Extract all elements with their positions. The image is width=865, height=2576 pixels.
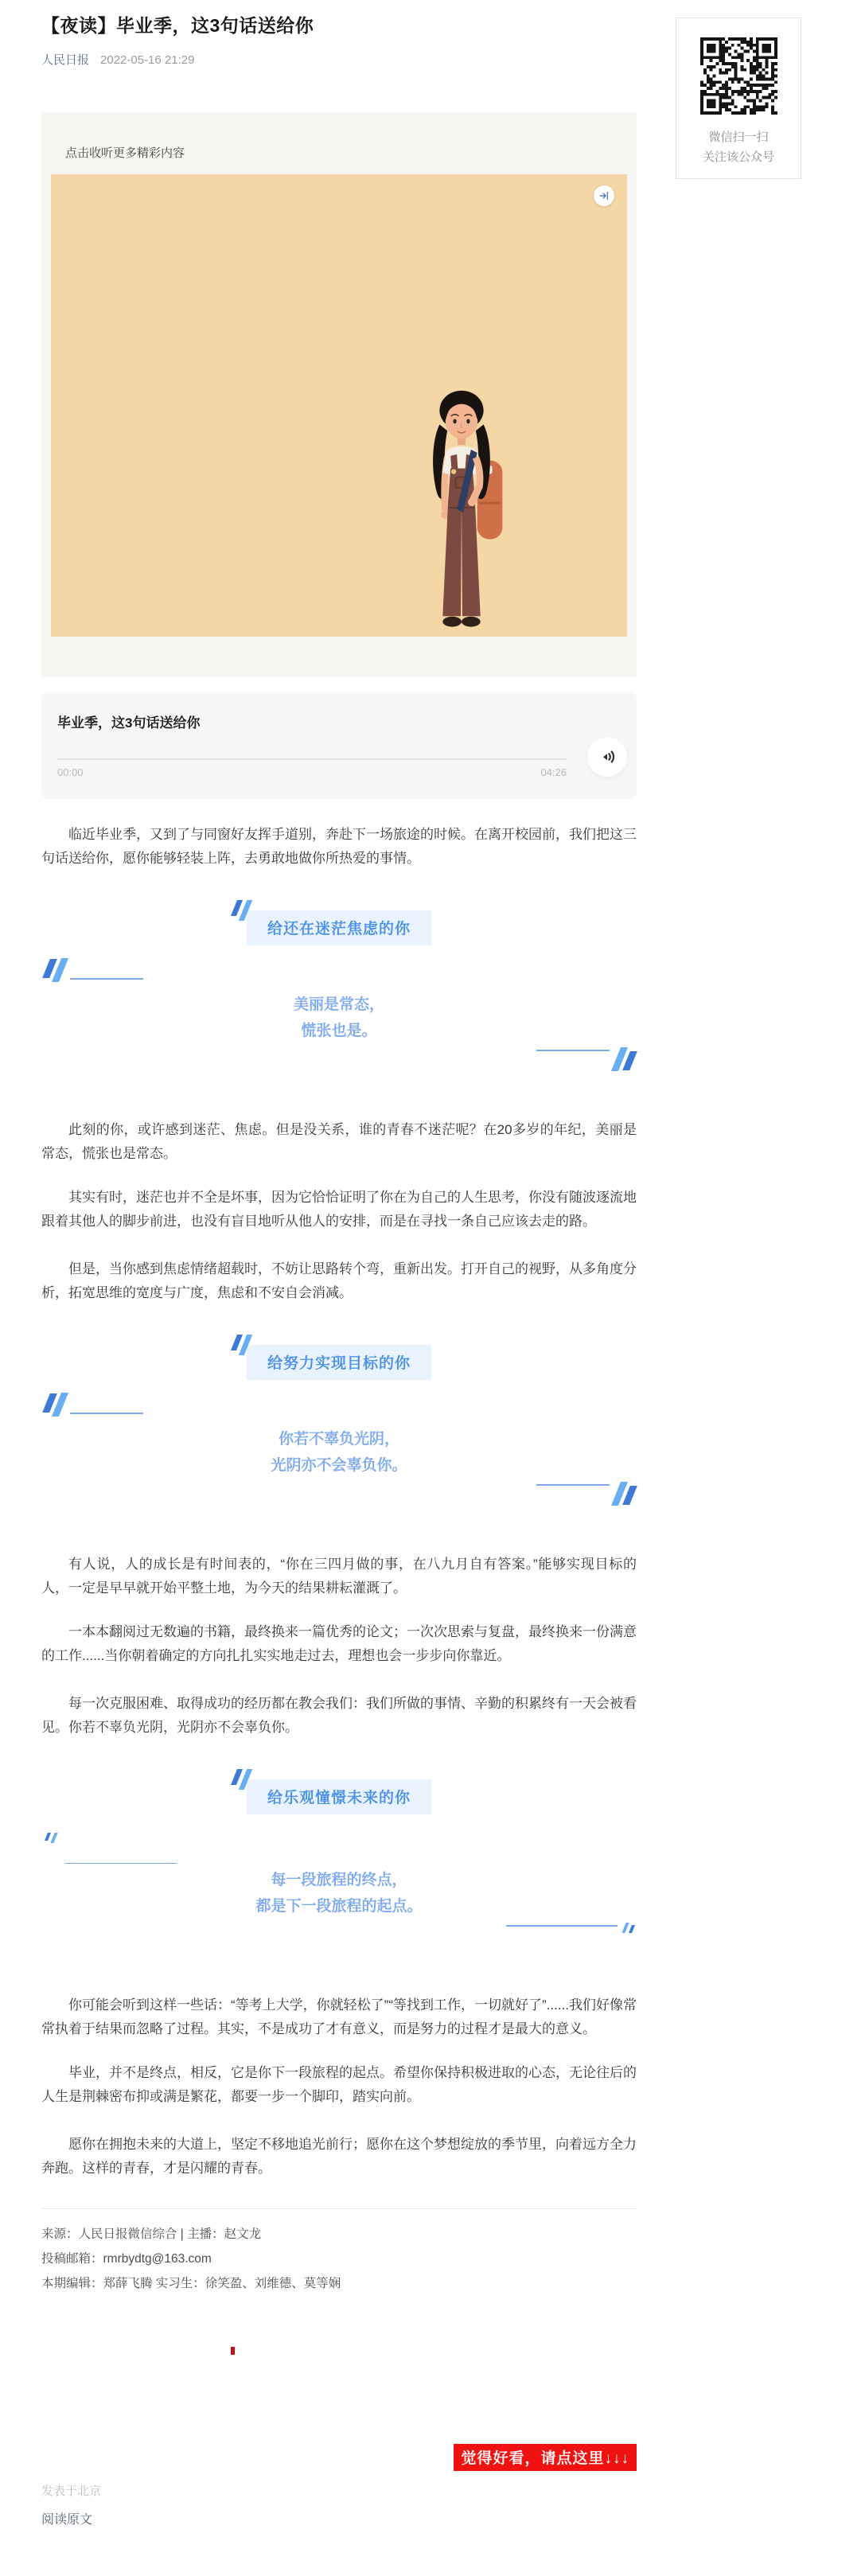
- body-paragraph: 每一次克服困难、取得成功的经历都在教会我们：我们所做的事情、辛勤的积累终有一天会…: [41, 1692, 637, 1740]
- quote-close-mark: [41, 1923, 637, 1950]
- cover-illustration: [51, 174, 627, 637]
- double-slash-icon: [46, 1833, 56, 1843]
- audio-player: 毕业季，这3句话送给你 00:00 04:26: [41, 692, 637, 799]
- byline: 人民日报 2022-05-16 21:29: [41, 51, 637, 68]
- section-header-text: 给还在迷茫焦虑的你: [267, 921, 411, 937]
- audio-progress-bar[interactable]: [57, 758, 567, 760]
- speaker-icon: [597, 746, 618, 767]
- quote-line-2: 慌张也是。: [41, 1018, 637, 1044]
- red-dot-marker: [231, 2347, 235, 2355]
- section-header-3: 给乐观憧憬未来的你: [247, 1779, 431, 1814]
- account-link[interactable]: 人民日报: [41, 51, 89, 68]
- badge-row: 觉得好看，请点这里↓↓↓: [41, 2444, 637, 2471]
- article-column: 【夜读】毕业季，这3句话送给你 人民日报 2022-05-16 21:29 点击…: [41, 0, 637, 2527]
- girl-illustration: [414, 384, 509, 635]
- body-paragraph: 但是，当你感到焦虑情绪超载时，不妨让思路转个弯，重新出发。打开自己的视野，从多角…: [41, 1257, 637, 1305]
- quote-block-3: 每一段旅程的终点， 都是下一段旅程的起点。: [41, 1826, 637, 1950]
- play-audio-button[interactable]: [587, 737, 627, 777]
- qr-caption-line1: 微信扫一扫: [676, 127, 801, 147]
- quote-line: [536, 1050, 610, 1051]
- audio-title: 毕业季，这3句话送给你: [57, 711, 621, 731]
- double-slash-icon: [616, 1482, 633, 1510]
- quote-line: [65, 1863, 177, 1865]
- body-paragraph: 愿你在拥抱未来的大道上，坚定不移地追光前行；愿你在这个梦想绽放的季节里，向着远方…: [41, 2133, 637, 2180]
- page-title: 【夜读】毕业季，这3句话送给你: [41, 13, 637, 38]
- quote-close-mark: [41, 1047, 637, 1074]
- audio-duration: 04:26: [540, 766, 567, 778]
- quote-text: 每一段旅程的终点， 都是下一段旅程的起点。: [41, 1867, 637, 1919]
- like-prompt-badge[interactable]: 觉得好看，请点这里↓↓↓: [454, 2444, 637, 2471]
- quote-line-2: 光阴亦不会辜负你。: [41, 1452, 637, 1479]
- double-slash-icon: [624, 1923, 633, 1938]
- qr-code: [700, 37, 777, 115]
- credits-block: 来源：人民日报微信综合 | 主播：赵文龙 投稿邮箱：rmrbydtg@163.c…: [41, 2208, 637, 2296]
- quote-line: [506, 1925, 618, 1927]
- qr-caption-line2: 关注该公众号: [676, 147, 801, 167]
- quote-block-2: 你若不辜负光阴， 光阴亦不会辜负你。: [41, 1391, 637, 1509]
- publish-timestamp: 2022-05-16 21:29: [100, 53, 194, 67]
- quote-close-mark: [41, 1482, 637, 1509]
- quote-line-2: 都是下一段旅程的起点。: [41, 1893, 637, 1919]
- jump-icon[interactable]: [594, 185, 614, 206]
- double-slash-icon: [234, 900, 248, 921]
- section-header-text: 给努力实现目标的你: [267, 1355, 411, 1372]
- body-paragraph: 其实有时，迷茫也并不全是坏事，因为它恰恰证明了你在为自己的人生思考，你没有随波逐…: [41, 1186, 637, 1233]
- credit-editors: 本期编辑：郑薛飞腾 实习生：徐笑盈、刘维德、莫等娴: [41, 2271, 637, 2296]
- quote-line: [536, 1484, 610, 1486]
- credit-source: 来源：人民日报微信综合 | 主播：赵文龙: [41, 2222, 637, 2247]
- read-original-link[interactable]: 阅读原文: [41, 2509, 637, 2527]
- listen-card: 点击收听更多精彩内容: [41, 112, 637, 677]
- quote-text: 你若不辜负光阴， 光阴亦不会辜负你。: [41, 1426, 637, 1479]
- quote-text: 美丽是常态， 慌张也是。: [41, 992, 637, 1044]
- body-paragraph: 一本本翻阅过无数遍的书籍，最终换来一篇优秀的论文；一次次思索与复盘，最终换来一份…: [41, 1620, 637, 1668]
- quote-line: [70, 1413, 143, 1414]
- double-slash-icon: [234, 1769, 248, 1790]
- double-slash-icon: [234, 1335, 248, 1355]
- publish-location: 发表于北京: [41, 2482, 637, 2499]
- quote-open-mark: [41, 957, 637, 982]
- body-paragraph: 有人说，人的成长是有时间表的，“你在三四月做的事，在八九月自有答案。”能够实现目…: [41, 1553, 637, 1600]
- double-slash-icon: [46, 1393, 64, 1417]
- quote-open-mark: [41, 1826, 637, 1843]
- body-paragraph: 毕业，并不是终点，相反，它是你下一段旅程的起点。希望你保持积极进取的心态，无论往…: [41, 2061, 637, 2109]
- body-paragraph: 此刻的你，或许感到迷茫、焦虑。但是没关系，谁的青春不迷茫呢？在20多岁的年纪，美…: [41, 1118, 637, 1166]
- quote-block-1: 美丽是常态， 慌张也是。: [41, 957, 637, 1074]
- audio-elapsed: 00:00: [57, 766, 84, 778]
- section-header-1: 给还在迷茫焦虑的你: [247, 910, 431, 945]
- body-paragraph: 你可能会听到这样一些话：“等考上大学，你就轻松了”“等找到工作，一切就好了”..…: [41, 1993, 637, 2041]
- quote-line-1: 每一段旅程的终点，: [41, 1867, 637, 1893]
- listen-more-banner[interactable]: 点击收听更多精彩内容: [65, 144, 613, 161]
- double-slash-icon: [46, 958, 64, 982]
- audio-times: 00:00 04:26: [57, 766, 567, 778]
- section-header-text: 给乐观憧憬未来的你: [267, 1790, 411, 1806]
- quote-line-1: 美丽是常态，: [41, 992, 637, 1018]
- section-header-2: 给努力实现目标的你: [247, 1345, 431, 1380]
- intro-paragraph: 临近毕业季，又到了与同窗好友挥手道别，奔赴下一场旅途的时候。在离开校园前，我们把…: [41, 823, 637, 871]
- arrow-into-bracket-icon: [598, 190, 610, 201]
- quote-line: [70, 978, 143, 980]
- quote-line-1: 你若不辜负光阴，: [41, 1426, 637, 1452]
- credit-submit-email: 投稿邮箱：rmrbydtg@163.com: [41, 2247, 637, 2271]
- quote-open-mark: [41, 1391, 637, 1417]
- double-slash-icon: [616, 1047, 633, 1076]
- follow-qr-panel: 微信扫一扫 关注该公众号: [676, 18, 801, 179]
